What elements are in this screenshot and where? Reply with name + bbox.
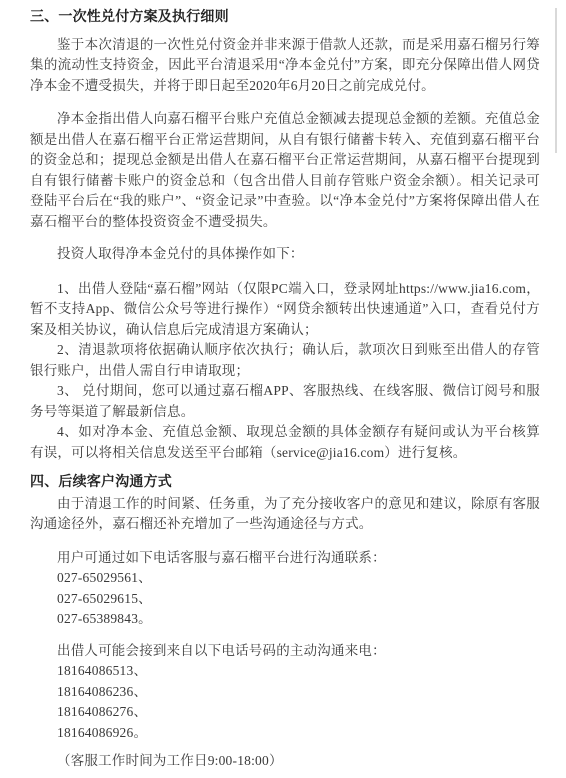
paragraph-steps-intro: 投资人取得净本金兑付的具体操作如下： xyxy=(30,244,540,265)
section-heading-communication: 四、后续客户沟通方式 xyxy=(30,473,540,494)
paragraph-plan-overview: 鉴于本次清退的一次性兑付资金并非来源于借款人还款，而是采用嘉石榴另行筹集的流动性… xyxy=(30,35,540,97)
document-body: 三、一次性兑付方案及执行细则 鉴于本次清退的一次性兑付资金并非来源于借款人还款，… xyxy=(0,0,566,772)
phone-number-line: 027-65029561、 xyxy=(30,568,540,589)
section-heading-payment-plan: 三、一次性兑付方案及执行细则 xyxy=(30,8,540,29)
paragraph-net-principal-def: 净本金指出借人向嘉石榴平台账户充值总金额减去提现总金额的差额。充值总金额是出借人… xyxy=(30,109,540,232)
scrollbar-thumb[interactable] xyxy=(555,8,557,153)
paragraph-hotline-intro: 用户可通过如下电话客服与嘉石榴平台进行沟通联系： xyxy=(30,548,540,569)
paragraph-step-1: 1、出借人登陆“嘉石榴”网站（仅限PC端入口，登录网址https://www.j… xyxy=(30,279,540,341)
phone-number-line: 18164086236、 xyxy=(30,682,540,703)
phone-number-line: 027-65389843。 xyxy=(30,609,540,630)
phone-number-line: 18164086513、 xyxy=(30,661,540,682)
paragraph-step-2: 2、清退款项将依据确认顺序依次执行；确认后，款项次日到账至出借人的存管银行账户，… xyxy=(30,340,540,381)
phone-number-line: 18164086926。 xyxy=(30,723,540,744)
paragraph-step-3: 3、 兑付期间，您可以通过嘉石榴APP、客服热线、在线客服、微信订阅号和服务号等… xyxy=(30,381,540,422)
phone-number-line: 18164086276、 xyxy=(30,702,540,723)
paragraph-outbound-intro: 出借人可能会接到来自以下电话号码的主动沟通来电： xyxy=(30,641,540,662)
paragraph-step-4: 4、如对净本金、充值总金额、取现总金额的具体金额存有疑问或认为平台核算有误，可以… xyxy=(30,422,540,463)
phone-number-line: 027-65029615、 xyxy=(30,589,540,610)
paragraph-communication-intro: 由于清退工作的时间紧、任务重，为了充分接收客户的意见和建议，除原有客服沟通途径外… xyxy=(30,494,540,535)
paragraph-service-hours-note: （客服工作时间为工作日9:00-18:00） xyxy=(30,751,540,772)
